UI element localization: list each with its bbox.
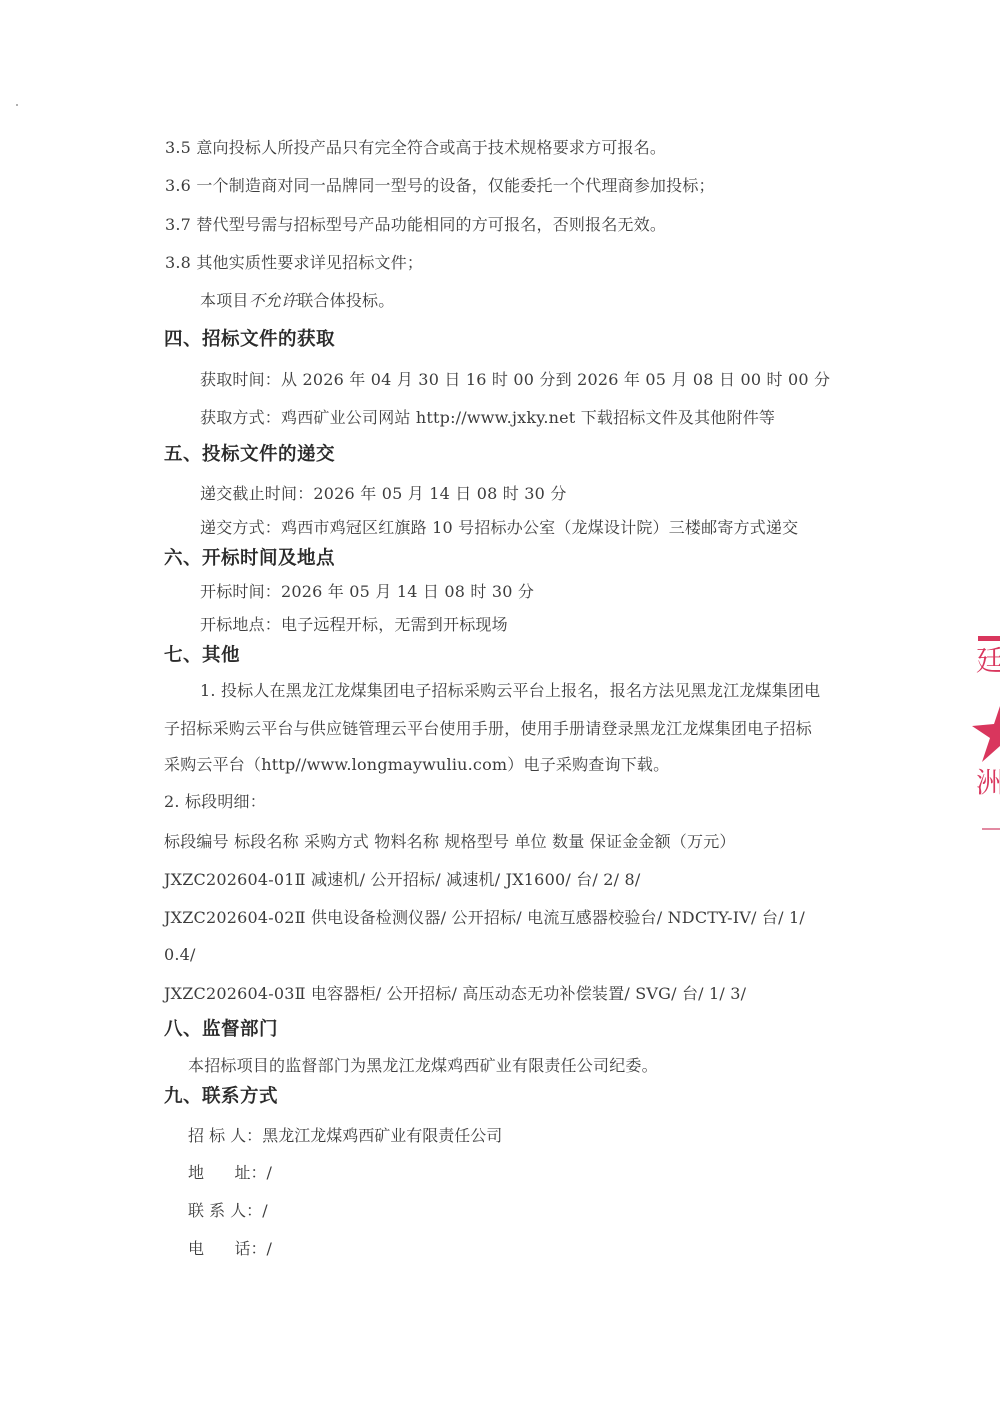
acquire-method: 获取方式：鸡西矿业公司网站 http://www.jxky.net 下载招标文件… — [200, 408, 775, 428]
contact-person: 联 系 人：/ — [188, 1201, 268, 1221]
official-seal-stamp: 廷 洲 — [968, 628, 1000, 838]
section-6-heading: 六、开标时间及地点 — [164, 548, 335, 570]
lot-table-header: 标段编号 标段名称 采购方式 物料名称 规格型号 单位 数量 保证金金额（万元） — [164, 832, 736, 852]
star-icon — [968, 706, 1000, 766]
section-9-heading: 九、联系方式 — [164, 1086, 278, 1108]
submit-method: 递交方式：鸡西市鸡冠区红旗路 10 号招标办公室（龙煤设计院）三楼邮寄方式递交 — [200, 518, 798, 538]
other-p1-line1: 1. 投标人在黑龙江龙煤集团电子招标采购云平台上报名，报名方法见黑龙江龙煤集团电 — [200, 681, 820, 701]
lot-row-1: JXZC202604-01Ⅱ 减速机/ 公开招标/ 减速机/ JX1600/ 台… — [164, 870, 641, 890]
section-7-heading: 七、其他 — [164, 645, 240, 667]
consortium-italic: 不允许 — [249, 291, 298, 310]
section-5-heading: 五、投标文件的递交 — [164, 444, 335, 466]
contact-value: / — [267, 1239, 272, 1258]
contact-label: 地 址： — [188, 1163, 267, 1182]
stamp-border-bar — [978, 636, 1000, 641]
contact-label: 电 话： — [188, 1239, 267, 1258]
contact-label: 联 系 人： — [188, 1201, 262, 1220]
section-8-heading: 八、监督部门 — [164, 1019, 278, 1041]
contact-tenderer: 招 标 人：黑龙江龙煤鸡西矿业有限责任公司 — [188, 1126, 502, 1146]
document-page: 3.5 意向投标人所投产品只有完全符合或高于技术规格要求方可报名。 3.6 一个… — [0, 0, 1000, 1426]
stamp-char-bottom: 洲 — [976, 768, 1000, 798]
section-4-heading: 四、招标文件的获取 — [164, 329, 335, 351]
contact-value: / — [262, 1201, 267, 1220]
lot-detail-title: 2. 标段明细： — [164, 792, 266, 812]
consortium-prefix: 本项目 — [200, 291, 249, 310]
stamp-border-dash — [982, 828, 1000, 830]
other-p1-line2: 子招标采购云平台与供应链管理云平台使用手册，使用手册请登录黑龙江龙煤集团电子招标 — [164, 719, 812, 739]
supervision-text: 本招标项目的监督部门为黑龙江龙煤鸡西矿业有限责任公司纪委。 — [188, 1056, 658, 1076]
opening-time: 开标时间：2026 年 05 月 14 日 08 时 30 分 — [200, 582, 534, 602]
clause-3-7: 3.7 替代型号需与招标型号产品功能相同的方可报名，否则报名无效。 — [165, 215, 666, 235]
clause-3-6: 3.6 一个制造商对同一品牌同一型号的设备，仅能委托一个代理商参加投标； — [165, 176, 715, 196]
clause-3-8: 3.8 其他实质性要求详见招标文件； — [165, 253, 423, 273]
clause-3-5: 3.5 意向投标人所投产品只有完全符合或高于技术规格要求方可报名。 — [165, 138, 666, 158]
contact-value: / — [267, 1163, 272, 1182]
stamp-char-top: 廷 — [976, 646, 1000, 676]
opening-place: 开标地点：电子远程开标，无需到开标现场 — [200, 615, 508, 635]
contact-label: 招 标 人： — [188, 1126, 262, 1145]
scan-speck — [16, 104, 18, 106]
contact-phone: 电 话：/ — [188, 1239, 272, 1259]
other-p1-line3: 采购云平台（http//www.longmaywuliu.com）电子采购查询下… — [164, 755, 669, 775]
contact-value: 黑龙江龙煤鸡西矿业有限责任公司 — [262, 1126, 502, 1145]
consortium-note: 本项目不允许联合体投标。 — [200, 291, 394, 311]
submit-deadline: 递交截止时间：2026 年 05 月 14 日 08 时 30 分 — [200, 484, 567, 504]
contact-address: 地 址：/ — [188, 1163, 272, 1183]
lot-row-3: JXZC202604-03Ⅱ 电容器柜/ 公开招标/ 高压动态无功补偿装置/ S… — [164, 984, 746, 1004]
acquire-time: 获取时间：从 2026 年 04 月 30 日 16 时 00 分到 2026 … — [200, 370, 830, 390]
lot-row-2-line1: JXZC202604-02Ⅱ 供电设备检测仪器/ 公开招标/ 电流互感器校验台/… — [164, 908, 805, 928]
consortium-suffix: 联合体投标。 — [297, 291, 394, 310]
lot-row-2-line2: 0.4/ — [164, 945, 196, 965]
